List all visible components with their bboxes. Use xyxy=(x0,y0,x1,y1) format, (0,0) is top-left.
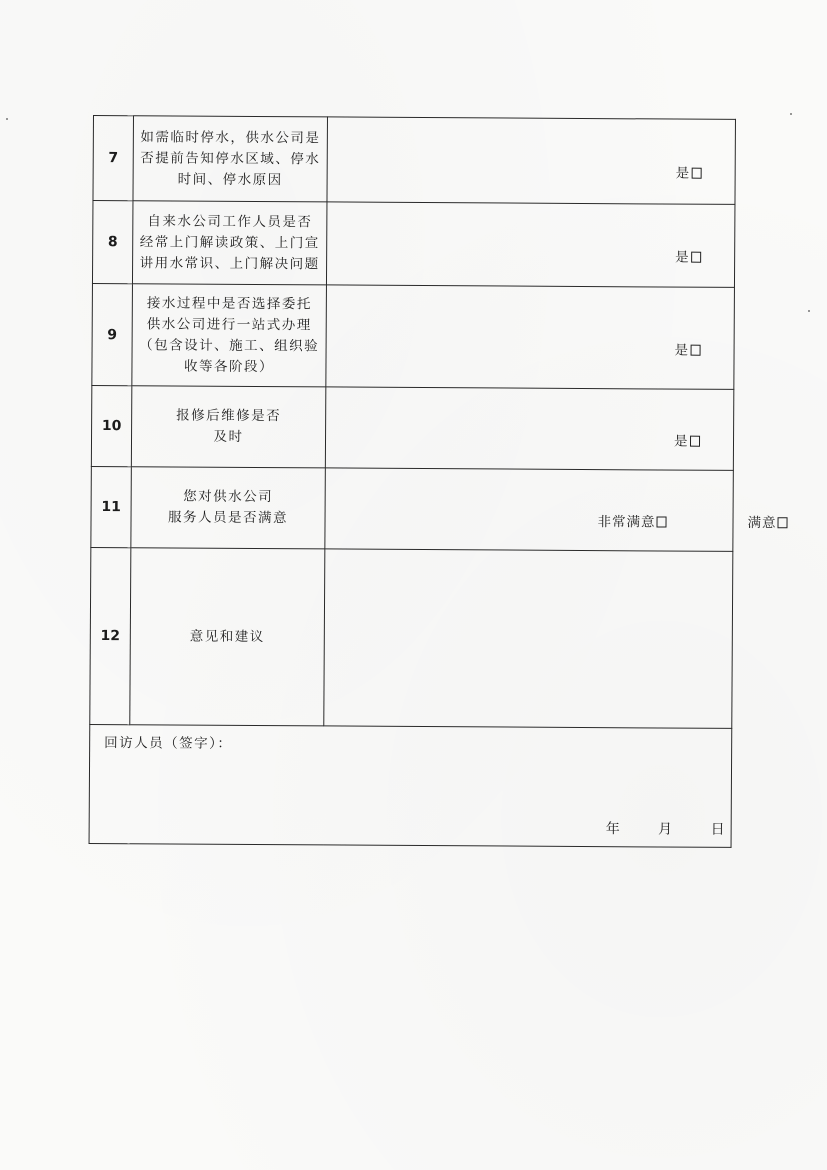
date-day-label: 日 xyxy=(711,819,725,839)
question-line: 讲用水常识、上门解决问题 xyxy=(133,253,326,275)
option-label: 是 xyxy=(676,166,691,182)
question-cell: 接水过程中是否选择委托 供水公司进行一站式办理 （包含设计、施工、组织验 收等各… xyxy=(132,284,327,387)
option-label: 是 xyxy=(675,250,690,266)
survey-form-table: 7 如需临时停水，供水公司是 否提前告知停水区域、停水 时间、停水原因 是 否 … xyxy=(89,115,736,848)
answer-cell: 是 否 xyxy=(327,117,736,204)
question-line: 否提前告知停水区域、停水 xyxy=(134,148,327,170)
question-line: 意见和建议 xyxy=(131,626,324,648)
date-year-label: 年 xyxy=(606,818,620,838)
checkbox-icon[interactable] xyxy=(777,517,787,528)
option-yes[interactable]: 是 xyxy=(675,338,701,358)
scan-speck xyxy=(6,118,8,120)
table-row: 11 您对供水公司 服务人员是否满意 非常满意 满意 不满意 xyxy=(91,466,733,551)
question-line: （包含设计、施工、组织验 xyxy=(133,335,326,357)
scan-speck xyxy=(808,310,810,312)
signature-row: 回访人员（签字）： 年 月 日 xyxy=(89,724,732,847)
option-very-satisfied[interactable]: 非常满意 xyxy=(597,510,666,530)
date-month-label: 月 xyxy=(658,818,672,838)
date-line: 年 月 日 xyxy=(606,818,725,839)
row-number: 7 xyxy=(93,116,134,201)
question-line: 供水公司进行一站式办理 xyxy=(133,314,326,336)
option-yes[interactable]: 是 xyxy=(675,246,701,266)
row-number: 8 xyxy=(92,201,133,284)
table-row: 10 报修后维修是否 及时 是 否 xyxy=(91,385,733,470)
answer-cell: 非常满意 满意 不满意 xyxy=(325,468,733,551)
question-line: 如需临时停水，供水公司是 xyxy=(134,127,327,149)
answer-cell: 是 否 xyxy=(325,387,733,470)
row-number: 11 xyxy=(91,466,131,547)
question-cell: 如需临时停水，供水公司是 否提前告知停水区域、停水 时间、停水原因 xyxy=(133,116,328,202)
scanned-page: 7 如需临时停水，供水公司是 否提前告知停水区域、停水 时间、停水原因 是 否 … xyxy=(0,0,827,1170)
row-number: 12 xyxy=(90,547,131,724)
checkbox-icon[interactable] xyxy=(691,252,701,263)
question-cell: 意见和建议 xyxy=(130,548,325,726)
answer-cell: 是 否 xyxy=(326,202,734,287)
question-line: 及时 xyxy=(132,426,325,448)
option-label: 是 xyxy=(675,342,690,358)
question-line: 经常上门解读政策、上门宣 xyxy=(133,232,326,254)
row-number: 9 xyxy=(92,283,133,385)
signature-label: 回访人员（签字）： xyxy=(104,731,232,752)
row-number: 10 xyxy=(91,385,131,466)
question-line: 您对供水公司 xyxy=(132,486,325,508)
question-cell: 您对供水公司 服务人员是否满意 xyxy=(131,467,325,549)
checkbox-icon[interactable] xyxy=(656,516,666,527)
option-label: 非常满意 xyxy=(597,514,655,530)
question-line: 接水过程中是否选择委托 xyxy=(133,293,326,315)
option-label: 满意 xyxy=(747,515,776,531)
answer-cell: 是 否 xyxy=(326,285,735,389)
question-line: 时间、停水原因 xyxy=(134,169,327,191)
question-line: 报修后维修是否 xyxy=(132,405,325,427)
checkbox-icon[interactable] xyxy=(690,344,700,355)
table-row: 9 接水过程中是否选择委托 供水公司进行一站式办理 （包含设计、施工、组织验 收… xyxy=(92,283,735,389)
table-row: 7 如需临时停水，供水公司是 否提前告知停水区域、停水 时间、停水原因 是 否 xyxy=(93,116,736,205)
question-cell: 报修后维修是否 及时 xyxy=(131,386,325,468)
question-line: 收等各阶段） xyxy=(132,356,325,378)
checkbox-icon[interactable] xyxy=(691,168,701,179)
checkbox-icon[interactable] xyxy=(689,436,699,447)
option-yes[interactable]: 是 xyxy=(676,162,702,182)
question-line: 服务人员是否满意 xyxy=(131,507,324,529)
table-row: 12 意见和建议 xyxy=(90,547,733,728)
question-line: 自来水公司工作人员是否 xyxy=(133,211,326,233)
suggestions-field[interactable] xyxy=(324,549,733,728)
signature-field[interactable]: 回访人员（签字）： 年 月 日 xyxy=(89,724,732,847)
option-label: 是 xyxy=(674,434,689,450)
option-satisfied[interactable]: 满意 xyxy=(747,511,787,531)
question-cell: 自来水公司工作人员是否 经常上门解读政策、上门宣 讲用水常识、上门解决问题 xyxy=(132,201,327,285)
table-row: 8 自来水公司工作人员是否 经常上门解读政策、上门宣 讲用水常识、上门解决问题 … xyxy=(92,201,734,288)
option-yes[interactable]: 是 xyxy=(674,430,700,450)
scan-speck xyxy=(790,113,792,115)
